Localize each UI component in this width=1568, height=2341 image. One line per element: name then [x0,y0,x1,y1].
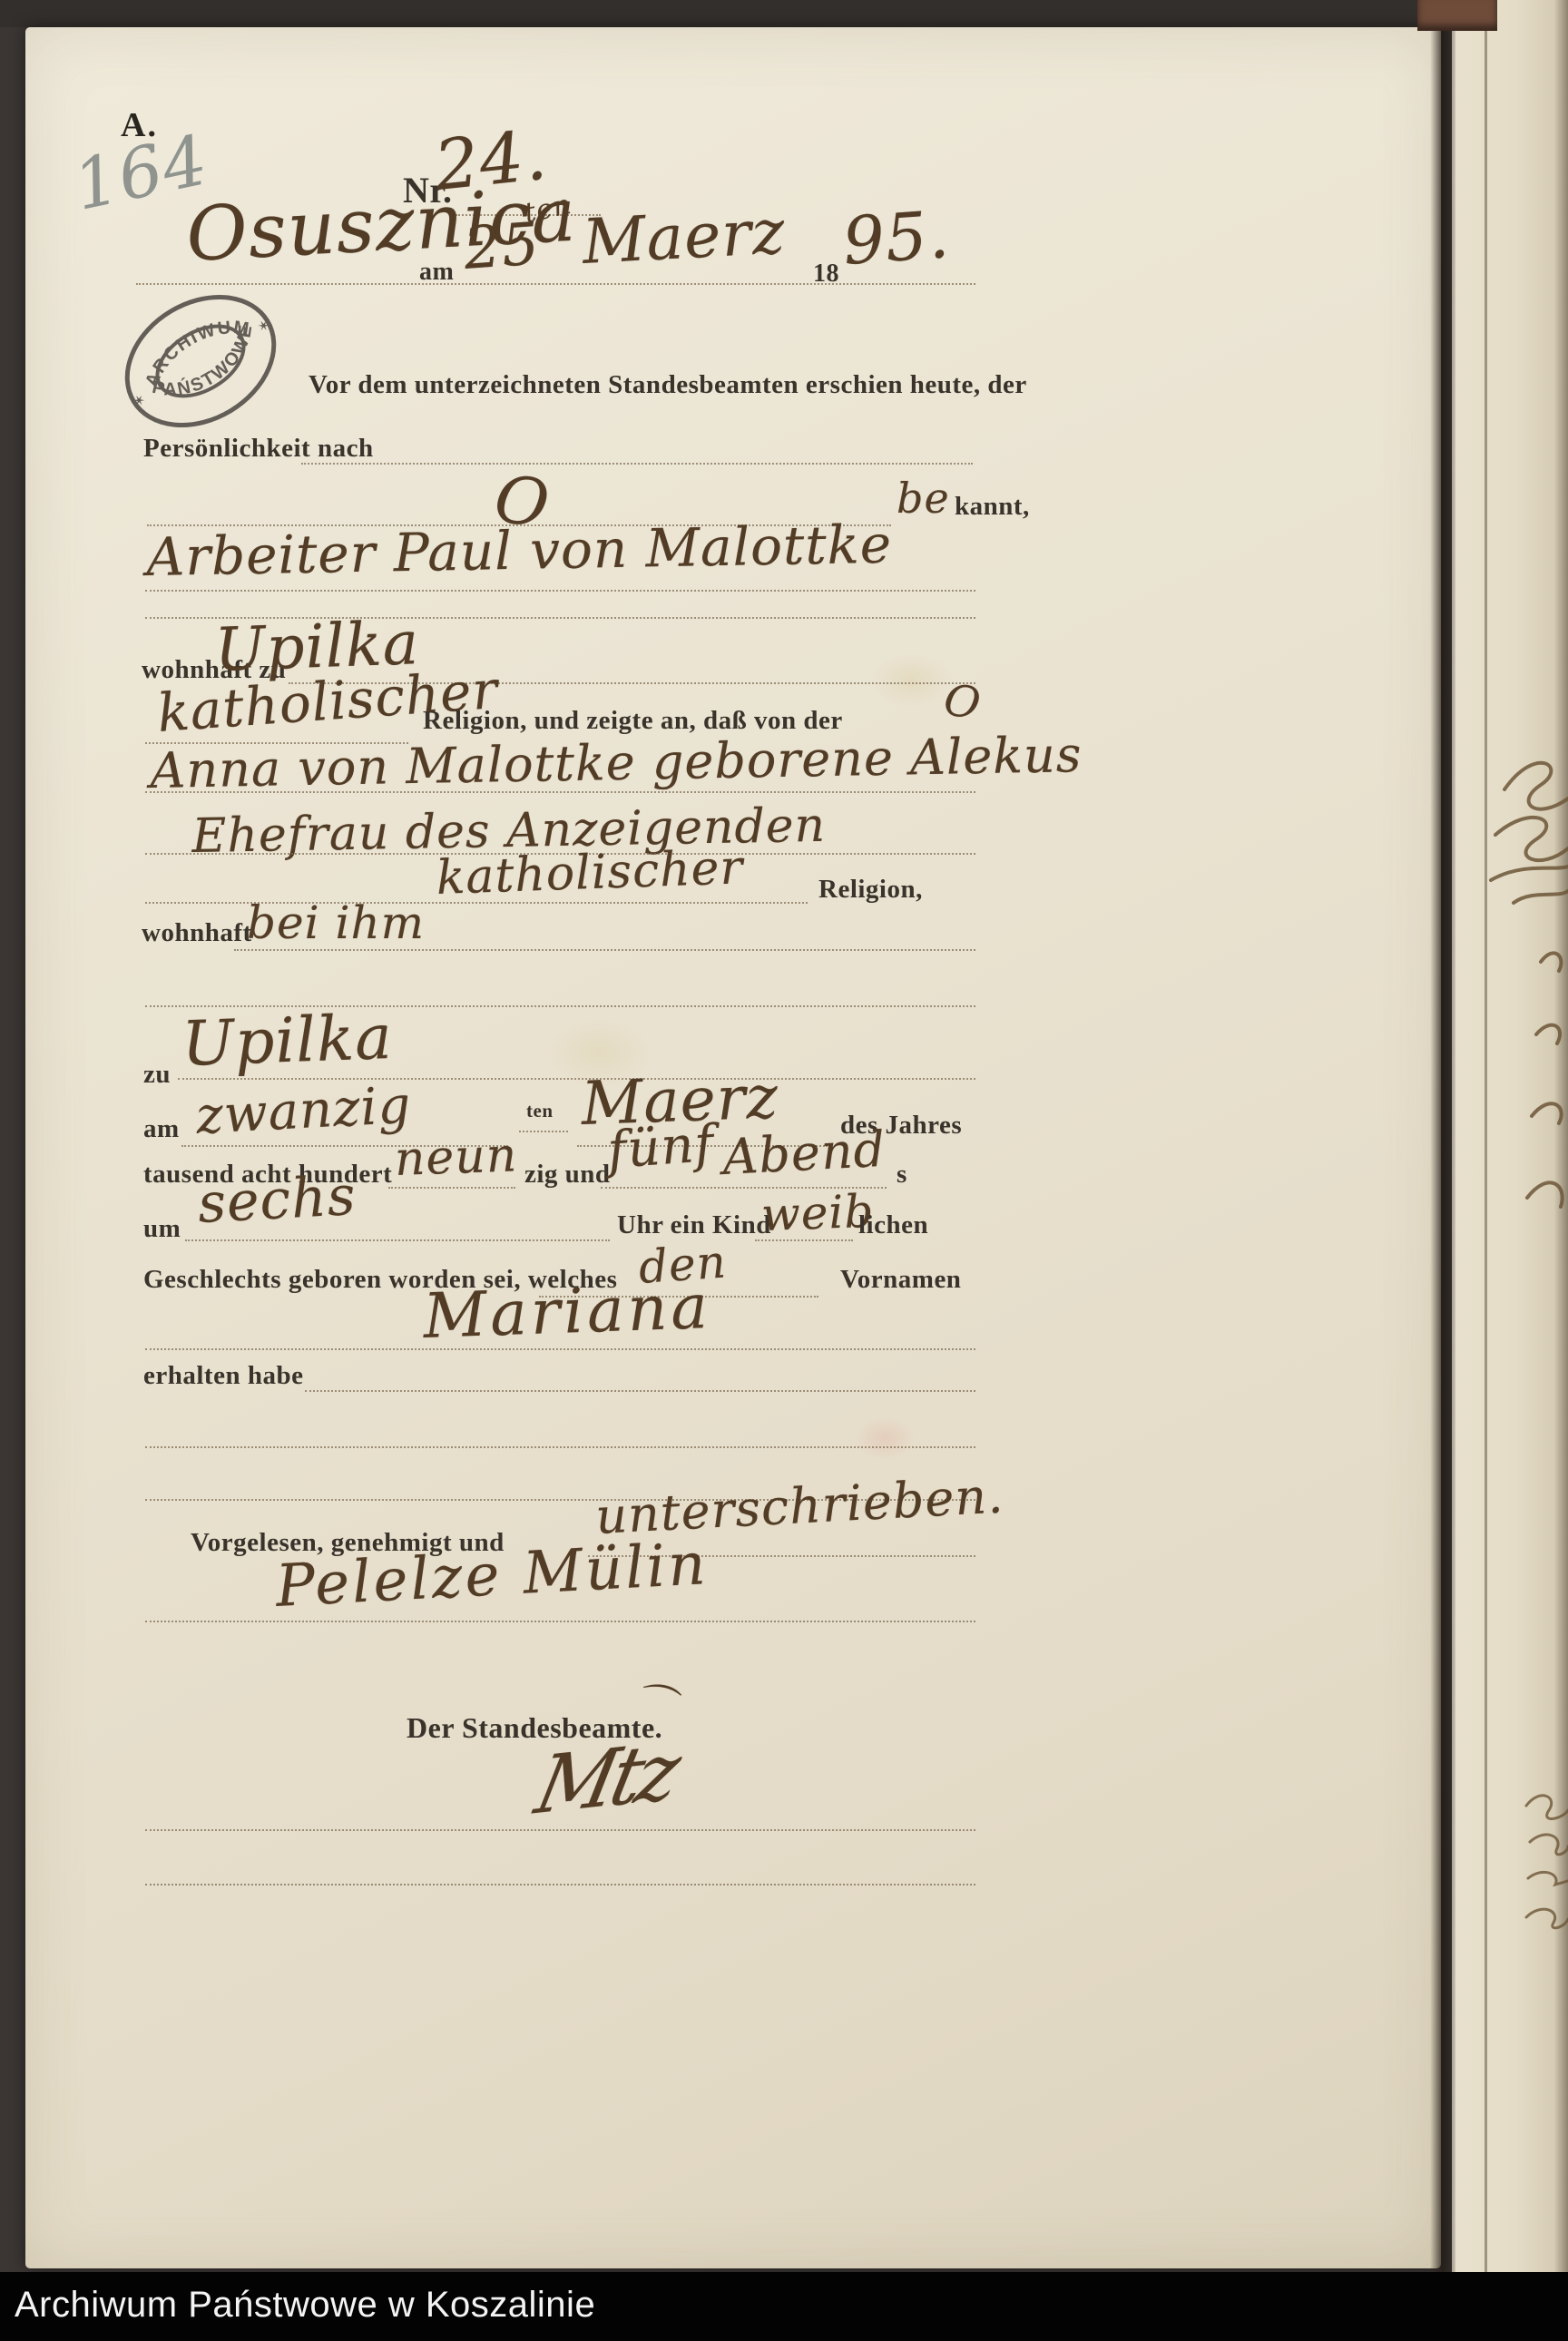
vornamen-label: Vornamen [840,1265,961,1295]
erhalten-habe-label: erhalten habe [143,1361,303,1391]
dotted-line [145,902,808,904]
religion-label: Religion, [818,875,923,905]
page-gutter-shadow [1430,0,1455,2274]
zig-und-label: zig und [524,1160,611,1190]
birthplace-entry: Upilka [181,1002,394,1081]
s-suffix-label: s [897,1160,907,1190]
kannt-label: kannt, [955,492,1030,522]
dotted-line [305,1390,975,1392]
dotted-line [301,463,973,465]
background-top-strip [0,0,1568,27]
uhr-ein-kind-label: Uhr ein Kind [617,1210,771,1240]
archive-footer-bar: Archiwum Państwowe w Koszalinie [0,2272,1568,2341]
dotted-line [519,1131,568,1132]
dotted-line [145,1348,975,1350]
decade-entry: neun [394,1128,518,1187]
dotted-line [388,1187,515,1189]
religion-entry: katholischer [436,840,744,906]
form-intro-line: Vor dem unterzeichneten Standesbeamten e… [309,370,1027,400]
dotted-line [178,1078,975,1080]
um-label: um [143,1214,181,1244]
marginal-note-handwriting [1517,1783,1568,1937]
bei-ihm-entry: bei ihm [247,896,425,949]
persoenlichkeit-label: Persönlichkeit nach [143,434,374,464]
book-spine-fragment [1417,0,1497,31]
archive-name: Archiwum Państwowe w Koszalinie [15,2285,595,2326]
zu-label: zu [143,1060,171,1090]
registrar-signature: Mtz [528,1725,683,1833]
child-name-entry: Mariana [422,1271,712,1353]
stamp-star-icon: ✶ [131,392,149,411]
dotted-line [136,283,975,285]
birth-hour-entry: sechs [196,1164,358,1236]
dotted-line [145,1446,975,1448]
year-digit-entry: fünf [605,1114,716,1180]
be-handwritten: be [897,474,950,523]
dotted-line [234,949,975,951]
scanned-document: A. 164 ARCHIWUM PAŃSTWOWE ✶ ✶ Nr. 24. Os… [0,0,1568,2341]
ordinal-label: ten [526,1100,554,1122]
am-label: am [143,1114,180,1144]
dotted-line [145,791,975,793]
daytime-entry: Abend [721,1121,887,1186]
dotted-line [145,1621,975,1622]
dotted-line [145,1829,975,1831]
marginal-handwriting [1486,735,1568,1243]
lichen-label: lichen [858,1210,928,1240]
dotted-line [185,1239,610,1241]
birth-day-entry: zwanzig [195,1076,413,1146]
declarant-entry: Arbeiter Paul von Malottke [146,514,893,588]
dotted-line [145,1884,975,1886]
dotted-line [755,1239,853,1241]
wohnhaft-label: wohnhaft [142,918,252,948]
dotted-line [145,590,975,592]
date-month: Maerz [581,196,788,279]
date-year: 95. [840,196,952,279]
